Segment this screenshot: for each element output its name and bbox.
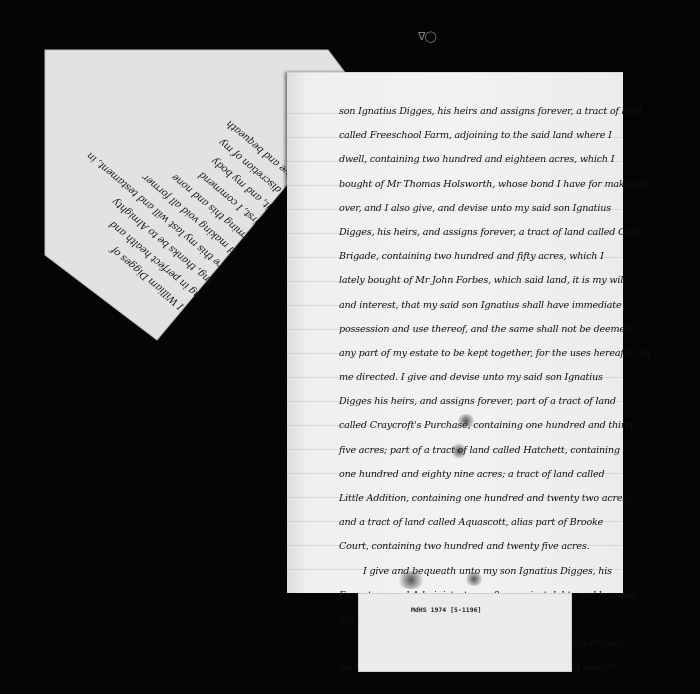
ink-blot — [397, 571, 425, 589]
text-line: Digges his heirs, and assigns forever, p… — [339, 390, 617, 414]
text-line: dwell, containing two hundred and eighte… — [339, 148, 617, 172]
text-line: Little Addition, containing one hundred … — [339, 487, 617, 511]
ink-blot — [465, 572, 483, 586]
main-manuscript-page: son Ignatius Digges, his heirs and assig… — [287, 72, 623, 593]
text-line: bought of Mr Thomas Holsworth, whose bon… — [339, 173, 617, 197]
text-line: and a tract of land called Aquascott, al… — [339, 511, 617, 535]
ink-blot — [457, 414, 475, 428]
text-line: called Craycroft's Purchase, containing … — [339, 414, 617, 438]
text-line: Digges, his heirs, and assigns forever, … — [339, 221, 617, 245]
text-line: lately bought of Mr John Forbes, which s… — [339, 269, 617, 293]
text-line: Brigade, containing two hundred and fift… — [339, 245, 617, 269]
text-line: possession and use thereof, and the same… — [339, 318, 617, 342]
text-line: five acres; part of a tract of land call… — [339, 439, 617, 463]
text-line: and interest, that my said son Ignatius … — [339, 294, 617, 318]
archive-label-card: MdHS 1974 [5-1196] — [358, 593, 572, 672]
text-line: son Ignatius Digges, his heirs and assig… — [339, 100, 617, 124]
text-line: one hundred and eighty nine acres; a tra… — [339, 463, 617, 487]
text-line: Court, containing two hundred and twenty… — [339, 535, 617, 559]
text-line: any part of my estate to be kept togethe… — [339, 342, 617, 366]
text-line: me directed. I give and devise unto my s… — [339, 366, 617, 390]
ink-blot — [452, 443, 466, 459]
text-line: over, and I also give, and devise unto m… — [339, 197, 617, 221]
text-line: called Freeschool Farm, adjoining to the… — [339, 124, 617, 148]
archive-reference-text: MdHS 1974 [5-1196] — [411, 606, 481, 614]
